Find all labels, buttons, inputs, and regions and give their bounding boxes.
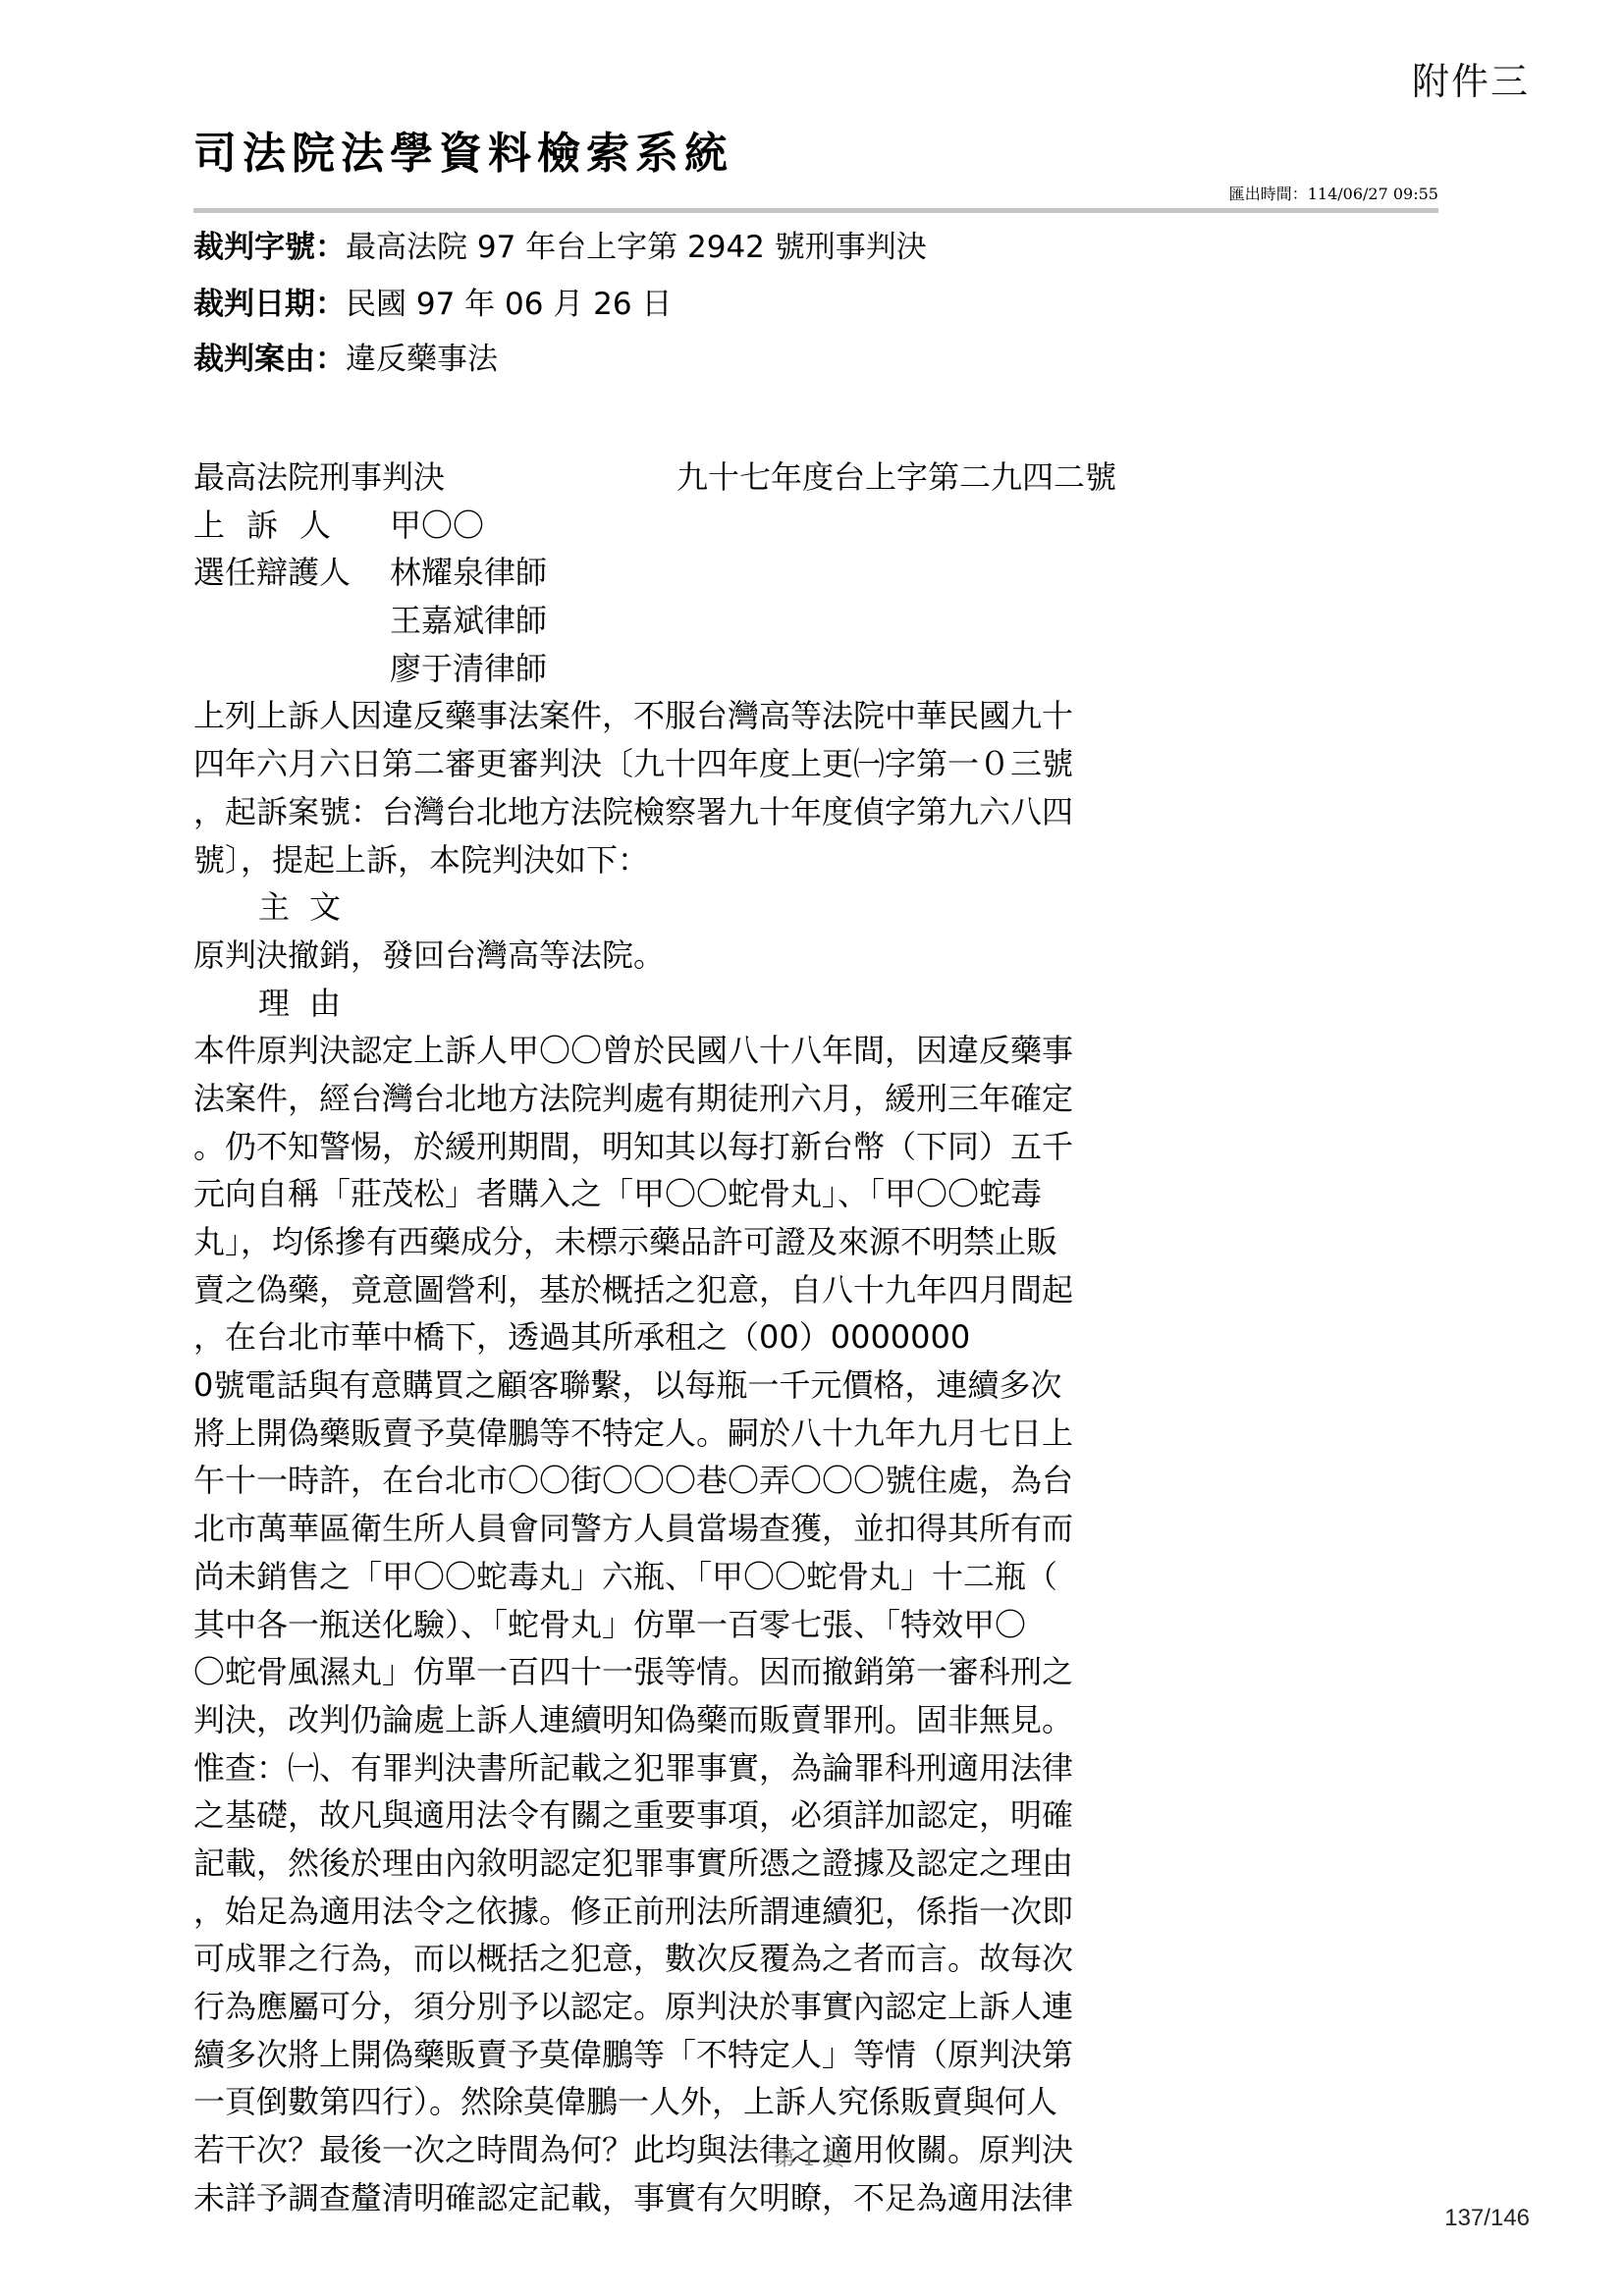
reason-line: 〇蛇骨風濕丸」仿單一百四十一張等情。因而撤銷第一審科刑之: [193, 1648, 1136, 1696]
meta-value: 最高法院 97 年台上字第 2942 號刑事判決: [346, 230, 927, 265]
reason-line: 可成罪之行為，而以概括之犯意，數次反覆為之者而言。故每次: [193, 1935, 1136, 1983]
reason-line: 0號電話與有意購買之顧客聯繫，以每瓶一千元價格，連續多次: [193, 1362, 1136, 1410]
reason-heading: 理由: [193, 980, 1136, 1028]
meta-key: 裁判案由：: [193, 342, 346, 377]
reason-line: 若干次？最後一次之時間為何？此均與法律之適用攸關。原判決: [193, 2126, 1136, 2174]
reason-line: ，始足為適用法令之依據。修正前刑法所謂連續犯，係指一次即: [193, 1888, 1136, 1936]
reason-line: 記載，然後於理由內敘明認定犯罪事實所憑之證據及認定之理由: [193, 1840, 1136, 1888]
court-name: 最高法院刑事判決: [193, 454, 445, 502]
reason-line: 賣之偽藥，竟意圖營利，基於概括之犯意，自八十九年四月間起: [193, 1266, 1136, 1314]
party-name: 林耀泉律師: [390, 549, 547, 597]
reason-line: 將上開偽藥販賣予莫偉鵬等不特定人。嗣於八十九年九月七日上: [193, 1410, 1136, 1458]
party-role: 上訴人: [193, 502, 390, 550]
case-number: 九十七年度台上字第二九四二號: [676, 454, 1116, 502]
reason-line: 尚未銷售之「甲〇〇蛇毒丸」六瓶、「甲〇〇蛇骨丸」十二瓶（: [193, 1553, 1136, 1601]
document-pager: 137/146: [1444, 2205, 1530, 2232]
intro-line: 四年六月六日第二審更審判決〔九十四年度上更㈠字第一０三號: [193, 740, 1136, 788]
party-defender: 選任辯護人 林耀泉律師: [193, 549, 1136, 597]
party-appellant: 上訴人 甲〇〇: [193, 502, 1136, 550]
reason-line: 判決，改判仍論處上訴人連續明知偽藥而販賣罪刑。固非無見。: [193, 1696, 1136, 1744]
page-number-label: 第 1 頁: [774, 2142, 844, 2172]
party-defender-2: 王嘉斌律師: [193, 597, 1136, 645]
reason-line: 其中各一瓶送化驗）、「蛇骨丸」仿單一百零七張、「特效甲〇: [193, 1601, 1136, 1649]
meta-case-number: 裁判字號：最高法院 97 年台上字第 2942 號刑事判決: [193, 228, 927, 267]
reason-line: ，在台北市華中橋下，透過其所承租之（00）0000000: [193, 1313, 1136, 1362]
meta-judgment-date: 裁判日期：民國 97 年 06 月 26 日: [193, 285, 672, 324]
case-header: 最高法院刑事判決 九十七年度台上字第二九四二號: [193, 454, 1116, 502]
reason-line: 行為應屬可分，須分別予以認定。原判決於事實內認定上訴人連: [193, 1983, 1136, 2031]
judgment-body: 最高法院刑事判決 九十七年度台上字第二九四二號 上訴人 甲〇〇 選任辯護人 林耀…: [193, 454, 1136, 2221]
reason-line: 之基礎，故凡與適用法令有關之重要事項，必須詳加認定，明確: [193, 1791, 1136, 1840]
reason-line: 丸」，均係摻有西藥成分，未標示藥品許可證及來源不明禁止販: [193, 1218, 1136, 1266]
export-time: 匯出時間：114/06/27 09:55: [1229, 182, 1438, 204]
attachment-label: 附件三: [1412, 51, 1530, 105]
intro-line: 號〕，提起上訴，本院判決如下：: [193, 836, 1136, 884]
meta-case-cause: 裁判案由：違反藥事法: [193, 340, 498, 379]
party-defender-3: 廖于清律師: [193, 645, 1136, 693]
reason-line: 北市萬華區衛生所人員會同警方人員當場查獲，並扣得其所有而: [193, 1505, 1136, 1553]
party-name: 甲〇〇: [390, 502, 484, 550]
main-heading: 主文: [193, 883, 1136, 932]
main-text: 原判決撤銷，發回台灣高等法院。: [193, 932, 1136, 980]
reason-line: 續多次將上開偽藥販賣予莫偉鵬等「不特定人」等情（原判決第: [193, 2031, 1136, 2079]
meta-value: 違反藥事法: [346, 342, 498, 377]
meta-key: 裁判日期：: [193, 287, 346, 322]
system-title: 司法院法學資料檢索系統: [193, 118, 733, 181]
reason-line: 一頁倒數第四行）。然除莫偉鵬一人外，上訴人究係販賣與何人: [193, 2078, 1136, 2126]
reason-line: 未詳予調查釐清明確認定記載，事實有欠明瞭，不足為適用法律: [193, 2174, 1136, 2222]
reason-line: 元向自稱「莊茂松」者購入之「甲〇〇蛇骨丸」、「甲〇〇蛇毒: [193, 1170, 1136, 1218]
party-role: 選任辯護人: [193, 549, 390, 597]
intro-line: 上列上訴人因違反藥事法案件，不服台灣高等法院中華民國九十: [193, 692, 1136, 740]
reason-line: 惟查：㈠、有罪判決書所記載之犯罪事實，為論罪科刑適用法律: [193, 1744, 1136, 1792]
meta-key: 裁判字號：: [193, 230, 346, 265]
reason-line: 。仍不知警惕，於緩刑期間，明知其以每打新台幣（下同）五千: [193, 1123, 1136, 1171]
header-divider: [193, 208, 1438, 213]
meta-value: 民國 97 年 06 月 26 日: [346, 287, 672, 322]
reason-line: 本件原判決認定上訴人甲〇〇曾於民國八十八年間，因違反藥事: [193, 1027, 1136, 1075]
intro-line: ，起訴案號：台灣台北地方法院檢察署九十年度偵字第九六八四: [193, 788, 1136, 836]
reason-line: 午十一時許，在台北市〇〇街〇〇〇巷〇弄〇〇〇號住處，為台: [193, 1457, 1136, 1505]
reason-line: 法案件，經台灣台北地方法院判處有期徒刑六月，緩刑三年確定: [193, 1075, 1136, 1123]
